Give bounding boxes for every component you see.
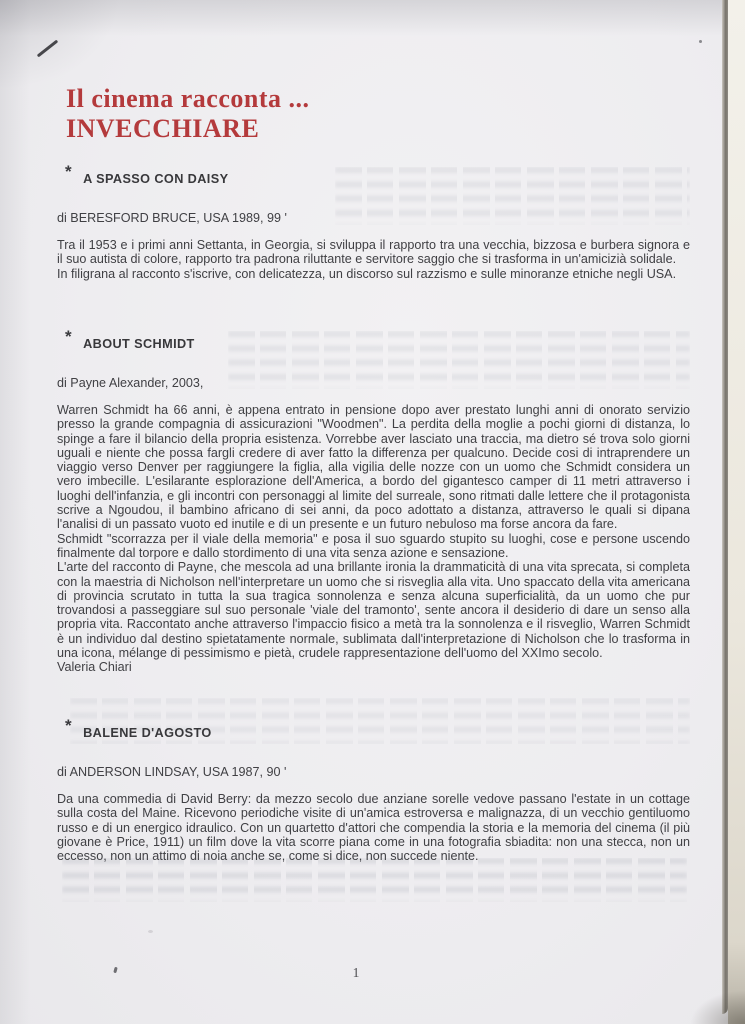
bleed-through-text (62, 858, 687, 902)
document-title-line2: INVECCHIARE (66, 114, 259, 143)
film-synopsis-paragraph: Schmidt "scorrazza per il viale della me… (57, 532, 690, 561)
film-credits: di Payne Alexander, 2003, (57, 376, 690, 390)
film-section-a-spasso-con-daisy: * A SPASSO CON DAISY di BERESFORD BRUCE,… (57, 162, 690, 281)
document-title: Il cinema racconta ... INVECCHIARE (66, 84, 310, 144)
film-title: A SPASSO CON DAISY (83, 172, 228, 186)
scanner-background-strip (728, 0, 745, 1024)
film-section-balene-d-agosto: * BALENE D'AGOSTO di ANDERSON LINDSAY, U… (57, 716, 690, 863)
film-title: ABOUT SCHMIDT (83, 337, 195, 351)
film-credits: di ANDERSON LINDSAY, USA 1987, 90 ' (57, 765, 690, 779)
film-review-paragraph: L'arte del racconto di Payne, che mescol… (57, 560, 690, 660)
scan-speck (699, 40, 702, 43)
film-synopsis-paragraph: In filigrana al racconto s'iscrive, con … (57, 267, 690, 281)
page-curl-shadow (0, 0, 120, 90)
document-title-line1: Il cinema racconta ... (66, 84, 310, 113)
film-synopsis-paragraph: Tra il 1953 e i primi anni Settanta, in … (57, 238, 690, 267)
film-header: * BALENE D'AGOSTO (57, 716, 690, 742)
scan-speck (148, 930, 153, 933)
film-section-about-schmidt: * ABOUT SCHMIDT di Payne Alexander, 2003… (57, 327, 690, 675)
film-synopsis-paragraph: Warren Schmidt ha 66 anni, è appena entr… (57, 403, 690, 532)
film-title: BALENE D'AGOSTO (83, 726, 212, 740)
scan-left-shadow (0, 0, 30, 1024)
film-header: * A SPASSO CON DAISY (57, 162, 690, 188)
asterisk-icon: * (65, 327, 72, 347)
film-header: * ABOUT SCHMIDT (57, 327, 690, 353)
scan-speck (113, 967, 117, 974)
asterisk-icon: * (65, 716, 72, 736)
film-credits: di BERESFORD BRUCE, USA 1989, 99 ' (57, 211, 690, 225)
bottom-right-corner-shadow (690, 990, 745, 1024)
page-number: 1 (348, 965, 364, 981)
film-synopsis-paragraph: Da una commedia di David Berry: da mezzo… (57, 792, 690, 863)
asterisk-icon: * (65, 162, 72, 182)
review-byline: Valeria Chiari (57, 660, 690, 674)
scanned-page: Il cinema racconta ... INVECCHIARE * A S… (0, 0, 745, 1024)
